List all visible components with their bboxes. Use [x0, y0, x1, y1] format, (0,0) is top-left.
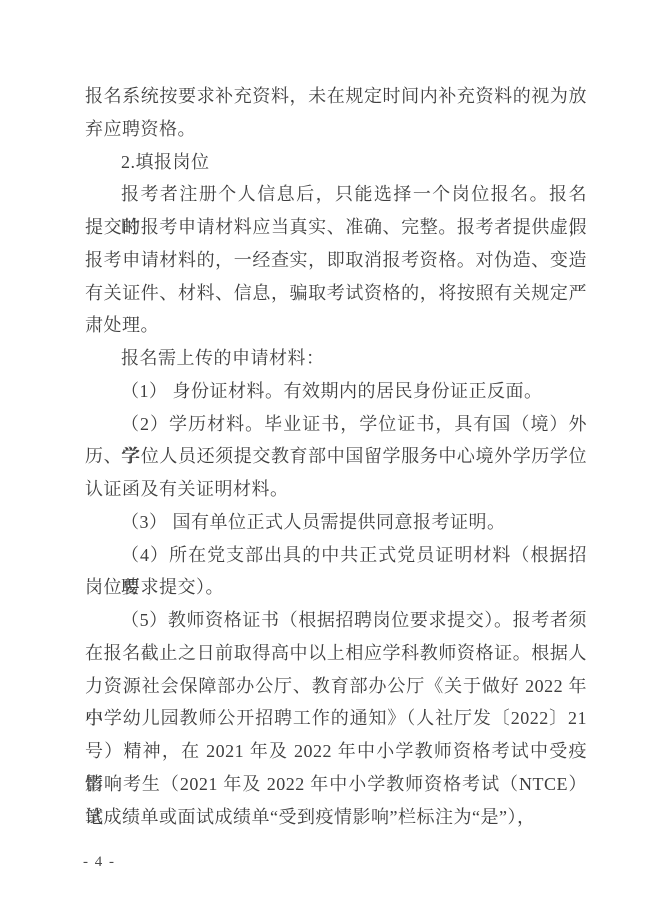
text-line: 力资源社会保障部办公厅、教育部办公厅《关于做好 2022 年中 [85, 670, 587, 703]
document-body: 报名系统按要求补充资料，未在规定时间内补充资料的视为放 弃应聘资格。 2.填报岗… [85, 80, 587, 833]
list-item: （5）教师资格证书（根据招聘岗位要求提交）。报考者须 [85, 604, 587, 637]
list-item: （2）学历材料。毕业证书，学位证书，具有国（境）外学 [85, 408, 587, 441]
text-line: 报考者注册个人信息后，只能选择一个岗位报名。报名时， [85, 178, 587, 211]
text-line: 有关证件、材料、信息，骗取考试资格的，将按照有关规定严 [85, 277, 587, 310]
text-line: 报名需上传的申请材料： [85, 342, 587, 375]
text-line: 报考申请材料的，一经查实，即取消报考资格。对伪造、变造 [85, 244, 587, 277]
text-line: 历、学位人员还须提交教育部中国留学服务中心境外学历学位 [85, 440, 587, 473]
text-line: 报名系统按要求补充资料，未在规定时间内补充资料的视为放 [85, 80, 587, 113]
section-heading: 2.填报岗位 [85, 146, 587, 179]
text-line: 影响考生（2021 年及 2022 年中小学教师资格考试（NTCE）笔 [85, 768, 587, 801]
list-item: （3） 国有单位正式人员需提供同意报考证明。 [85, 506, 587, 539]
text-line: 号）精神，在 2021 年及 2022 年中小学教师资格考试中受疫情 [85, 735, 587, 768]
document-page: 报名系统按要求补充资料，未在规定时间内补充资料的视为放 弃应聘资格。 2.填报岗… [0, 0, 650, 919]
list-item: （4）所在党支部出具的中共正式党员证明材料（根据招聘 [85, 539, 587, 572]
text-line: 提交的报考申请材料应当真实、准确、完整。报考者提供虚假 [85, 211, 587, 244]
text-line: 小学幼儿园教师公开招聘工作的通知》（人社厅发〔2022〕21 [85, 702, 587, 735]
list-item: （1） 身份证材料。有效期内的居民身份证正反面。 [85, 375, 587, 408]
text-line: 岗位要求提交）。 [85, 571, 587, 604]
text-line: 试成绩单或面试成绩单“受到疫情影响”栏标注为“是”）， [85, 801, 587, 834]
text-line: 肃处理。 [85, 309, 587, 342]
text-line: 弃应聘资格。 [85, 113, 587, 146]
text-line: 在报名截止之日前取得高中以上相应学科教师资格证。根据人 [85, 637, 587, 670]
text-line: 认证函及有关证明材料。 [85, 473, 587, 506]
page-number: - 4 - [83, 852, 116, 872]
